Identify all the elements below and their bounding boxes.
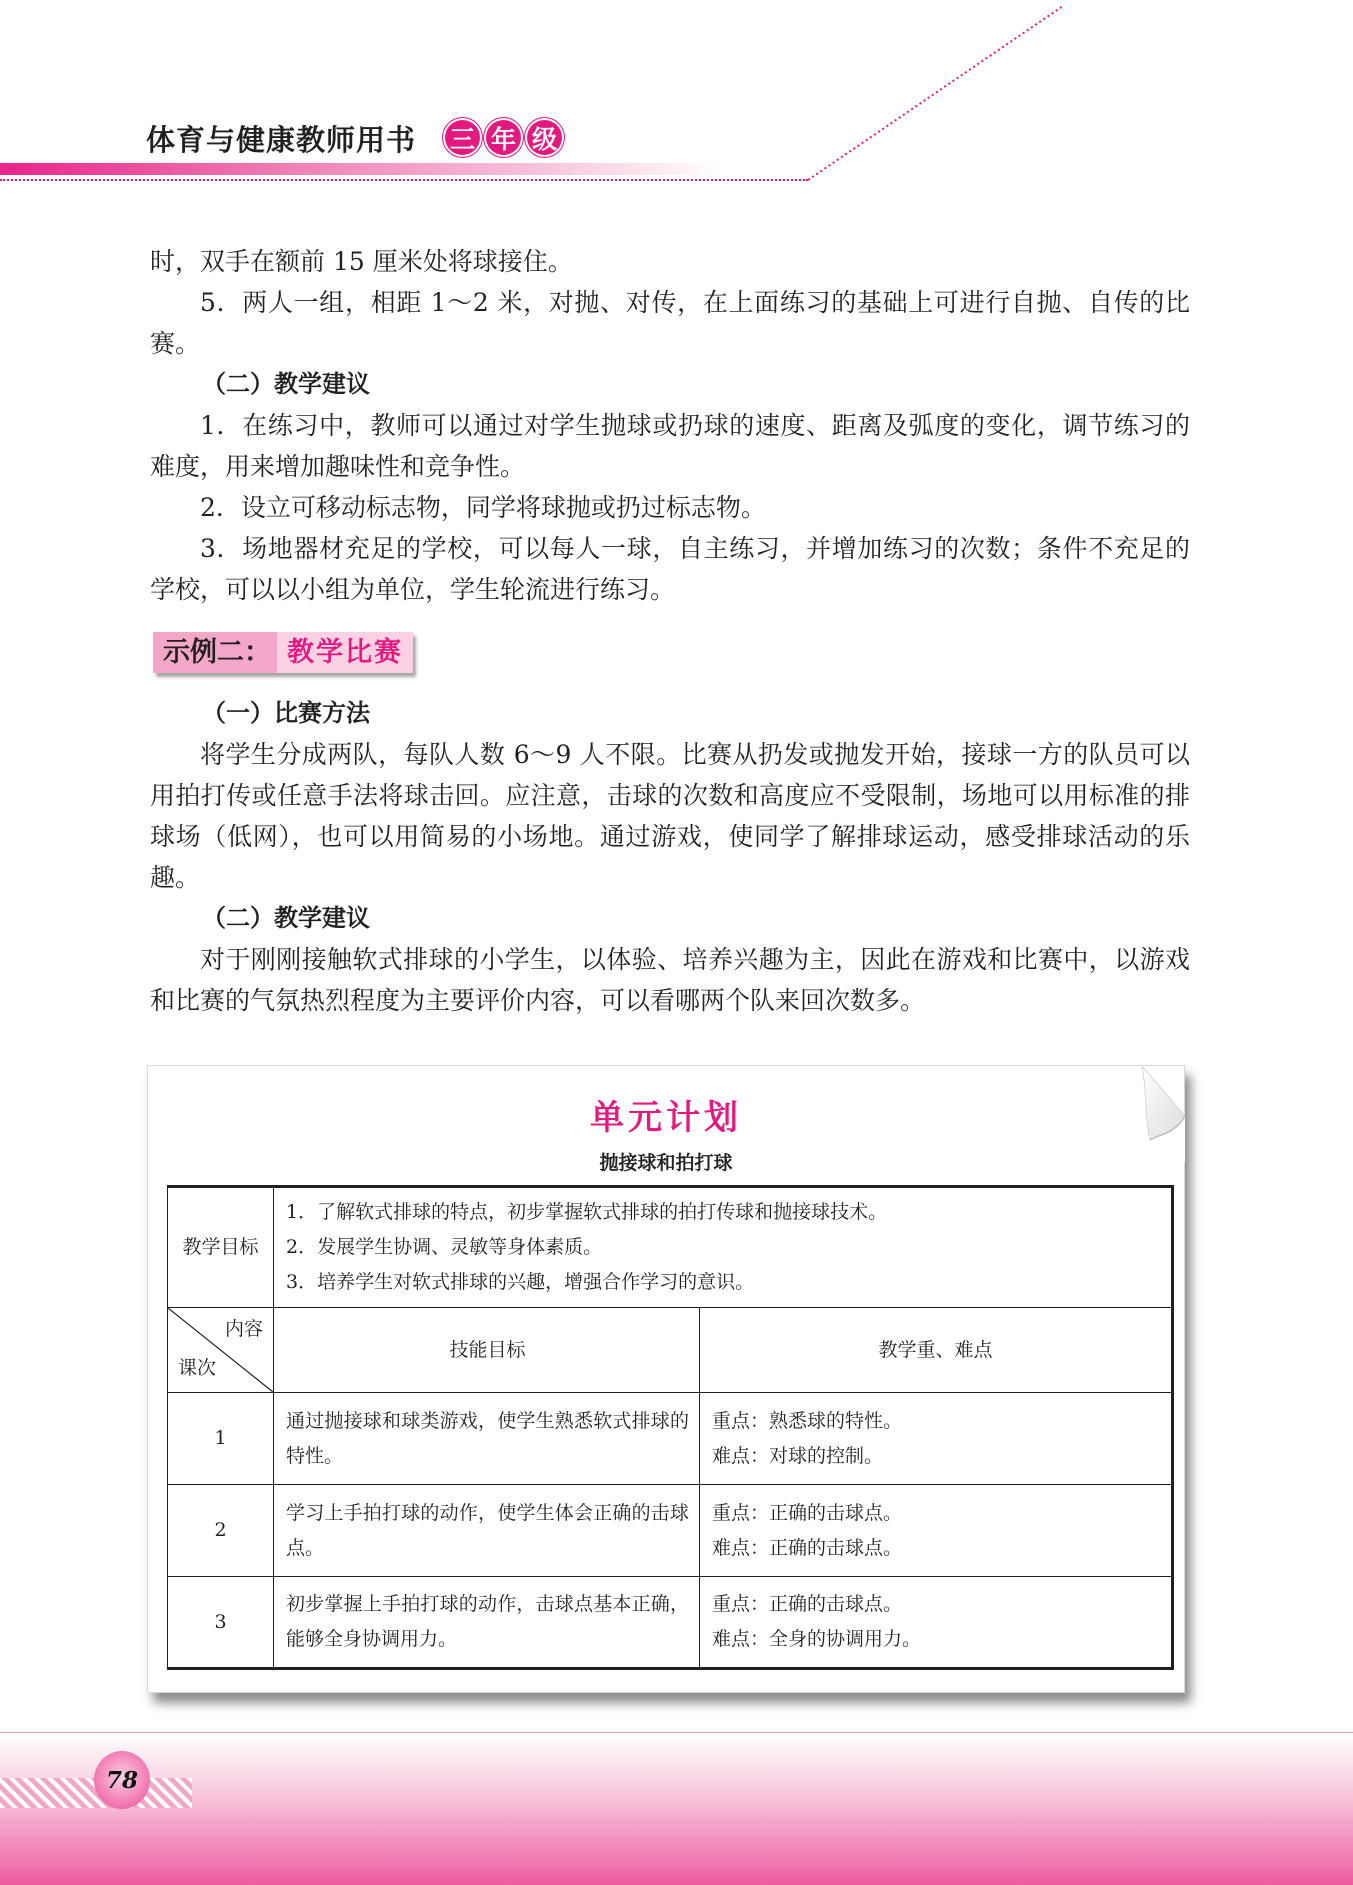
key-point: 重点：正确的击球点。 bbox=[712, 1496, 1159, 1531]
table-header-row: 内容 课次 技能目标 教学重、难点 bbox=[168, 1308, 1173, 1393]
key-points: 重点：正确的击球点。 难点：全身的协调用力。 bbox=[700, 1577, 1173, 1669]
unit-plan-subtitle: 抛接球和拍打球 bbox=[147, 1148, 1185, 1175]
example-label: 示例二： bbox=[153, 632, 277, 673]
paragraph: 5．两人一组，相距 1～2 米，对抛、对传，在上面练习的基础上可进行自抛、自传的… bbox=[150, 282, 1190, 364]
paragraph: 2．设立可移动标志物，同学将球抛或扔过标志物。 bbox=[150, 487, 1190, 528]
skill-goal: 通过抛接球和球类游戏，使学生熟悉软式排球的特性。 bbox=[274, 1393, 700, 1485]
column-header-skill: 技能目标 bbox=[274, 1308, 700, 1393]
difficulty-point: 难点：正确的击球点。 bbox=[712, 1531, 1159, 1566]
header-gradient-bar bbox=[0, 163, 720, 175]
column-header-key-points: 教学重、难点 bbox=[700, 1308, 1173, 1393]
skill-goal: 初步掌握上手拍打球的动作，击球点基本正确，能够全身协调用力。 bbox=[274, 1577, 700, 1669]
key-point: 重点：熟悉球的特性。 bbox=[712, 1404, 1159, 1439]
paragraph: 1．在练习中，教师可以通过对学生抛球或扔球的速度、距离及弧度的变化，调节练习的难… bbox=[150, 405, 1190, 487]
key-points: 重点：正确的击球点。 难点：正确的击球点。 bbox=[700, 1485, 1173, 1577]
lesson-number: 3 bbox=[168, 1577, 274, 1669]
goal-item: 1．了解软式排球的特点，初步掌握软式排球的拍打传球和抛接球技术。 bbox=[286, 1195, 1161, 1230]
footer-band bbox=[0, 1732, 1353, 1885]
book-title: 体育与健康教师用书 bbox=[146, 118, 416, 159]
paragraph: 3．场地器材充足的学校，可以每人一球，自主练习，并增加练习的次数；条件不充足的学… bbox=[150, 528, 1190, 610]
table-row: 2 学习上手拍打球的动作，使学生体会正确的击球点。 重点：正确的击球点。 难点：… bbox=[168, 1485, 1173, 1577]
table-row: 1 通过抛接球和球类游戏，使学生熟悉软式排球的特性。 重点：熟悉球的特性。 难点… bbox=[168, 1393, 1173, 1485]
goal-item: 2．发展学生协调、灵敏等身体素质。 bbox=[286, 1230, 1161, 1265]
body-text-section-2: （一）比赛方法 将学生分成两队，每队人数 6～9 人不限。比赛从扔发或抛发开始，… bbox=[150, 693, 1190, 1021]
key-points: 重点：熟悉球的特性。 难点：对球的控制。 bbox=[700, 1393, 1173, 1485]
subheading: （二）教学建议 bbox=[150, 364, 1190, 405]
paragraph: 将学生分成两队，每队人数 6～9 人不限。比赛从扔发或抛发开始，接球一方的队员可… bbox=[150, 734, 1190, 898]
grade-char: 年 bbox=[484, 118, 523, 157]
corner-header-cell: 内容 课次 bbox=[168, 1308, 274, 1393]
body-text-section-1: 时，双手在额前 15 厘米处将球接住。 5．两人一组，相距 1～2 米，对抛、对… bbox=[150, 241, 1190, 610]
subheading: （二）教学建议 bbox=[150, 898, 1190, 939]
key-point: 重点：正确的击球点。 bbox=[712, 1587, 1159, 1622]
example-heading: 示例二： 教学比赛 bbox=[153, 632, 413, 673]
unit-plan-title: 单元计划 bbox=[147, 1090, 1185, 1139]
difficulty-point: 难点：全身的协调用力。 bbox=[712, 1622, 1159, 1657]
corner-label-content: 内容 bbox=[225, 1312, 263, 1347]
paragraph: 时，双手在额前 15 厘米处将球接住。 bbox=[150, 241, 1190, 282]
goals-list: 1．了解软式排球的特点，初步掌握软式排球的拍打传球和抛接球技术。 2．发展学生协… bbox=[274, 1187, 1173, 1308]
lesson-number: 2 bbox=[168, 1485, 274, 1577]
table-row: 3 初步掌握上手拍打球的动作，击球点基本正确，能够全身协调用力。 重点：正确的击… bbox=[168, 1577, 1173, 1669]
header-dotted-line bbox=[0, 179, 808, 181]
example-title: 教学比赛 bbox=[277, 632, 413, 673]
grade-char: 三 bbox=[443, 118, 482, 157]
lesson-number: 1 bbox=[168, 1393, 274, 1485]
paragraph: 对于刚刚接触软式排球的小学生，以体验、培养兴趣为主，因此在游戏和比赛中，以游戏和… bbox=[150, 939, 1190, 1021]
goal-item: 3．培养学生对软式排球的兴趣，增强合作学习的意识。 bbox=[286, 1265, 1161, 1300]
goals-label: 教学目标 bbox=[168, 1187, 274, 1308]
subheading: （一）比赛方法 bbox=[150, 693, 1190, 734]
grade-badge: 三 年 级 bbox=[443, 118, 564, 157]
goals-row: 教学目标 1．了解软式排球的特点，初步掌握软式排球的拍打传球和抛接球技术。 2．… bbox=[168, 1187, 1173, 1308]
difficulty-point: 难点：对球的控制。 bbox=[712, 1439, 1159, 1474]
page-number: 78 bbox=[94, 1751, 150, 1809]
corner-label-lesson: 课次 bbox=[178, 1351, 216, 1386]
unit-plan-table: 教学目标 1．了解软式排球的特点，初步掌握软式排球的拍打传球和抛接球技术。 2．… bbox=[167, 1185, 1174, 1670]
grade-char: 级 bbox=[525, 118, 564, 157]
skill-goal: 学习上手拍打球的动作，使学生体会正确的击球点。 bbox=[274, 1485, 700, 1577]
